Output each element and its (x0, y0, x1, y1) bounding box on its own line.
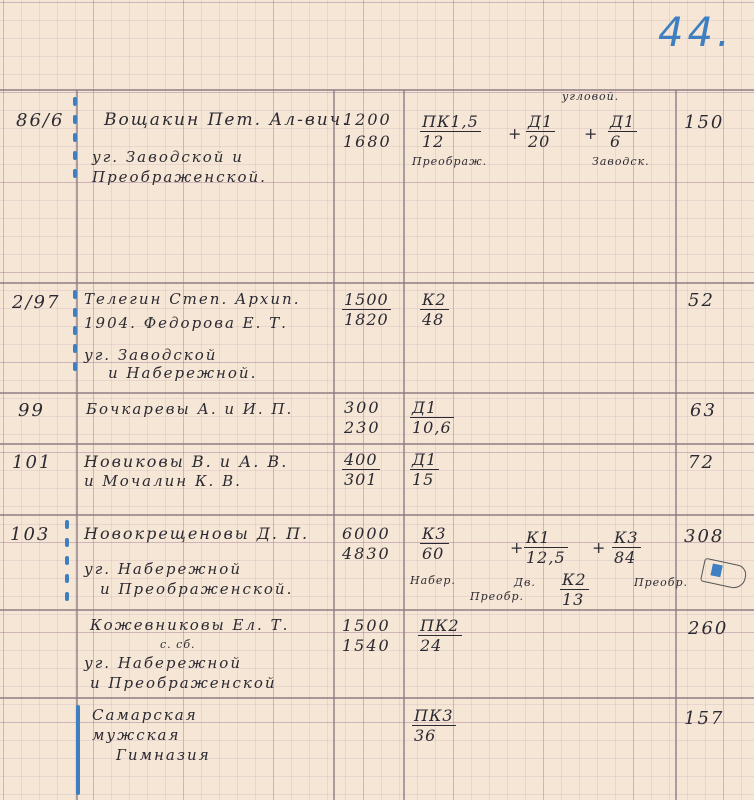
code-fraction: К1 12,5 (524, 528, 568, 567)
owner-line: Вощакин Пет. Ал-вич. (104, 110, 350, 130)
code-bottom: 24 (418, 636, 462, 655)
code-top: ПК2 (418, 616, 462, 636)
code-fraction: Д1 10,6 (410, 398, 454, 437)
code-note: Преображ. (412, 155, 487, 168)
code-top: К2 (420, 290, 449, 310)
code-bottom: 13 (560, 590, 589, 609)
code-fraction: К2 13 (560, 570, 589, 609)
code-bottom: 60 (420, 544, 449, 563)
plus-sign: + (584, 124, 597, 143)
owner-line: мужская (92, 726, 180, 744)
code-top: Д1 (526, 112, 555, 132)
row-divider (0, 609, 754, 611)
column-divider (675, 90, 677, 800)
code-bottom: 10,6 (410, 418, 454, 437)
value-top: 6000 (342, 524, 391, 543)
blue-dot-marker (73, 290, 79, 380)
value-bottom: 1540 (342, 636, 391, 655)
owner-note: с. сб. (160, 638, 196, 651)
entry-number: 2/97 (12, 292, 60, 313)
entry-number: 86/6 (16, 110, 64, 131)
header-rule (0, 89, 754, 91)
owner-line: Кожевниковы Ел. Т. (90, 616, 289, 634)
column-divider (76, 90, 78, 800)
blue-dot-marker (73, 97, 79, 187)
pen-nib-mark (700, 558, 748, 591)
row-divider (0, 282, 754, 284)
code-fraction: Д1 6 (608, 112, 637, 151)
row-total: 52 (688, 290, 715, 311)
code-note: Набер. (410, 574, 456, 587)
row-total: 72 (688, 452, 715, 473)
code-fraction: ПК1,5 12 (420, 112, 481, 151)
entry-number: 101 (12, 452, 52, 473)
row-total: 150 (684, 112, 724, 133)
code-fraction: К3 84 (612, 528, 641, 567)
code-top: Д1 (608, 112, 637, 132)
code-fraction: Д1 20 (526, 112, 555, 151)
owner-line: Новокрещеновы Д. П. (84, 524, 309, 543)
code-bottom: 48 (420, 310, 449, 329)
address-line: уг. Заводской и (92, 148, 244, 166)
value-top: 1500 (342, 616, 391, 635)
plus-sign: + (508, 124, 521, 143)
code-top: К3 (420, 524, 449, 544)
value-bottom: 301 (342, 470, 380, 489)
owner-line: Бочкаревы А. и И. П. (86, 400, 293, 418)
row-divider (0, 514, 754, 516)
code-top: Д1 (410, 398, 454, 418)
column-divider (333, 90, 335, 800)
code-bottom: 36 (412, 726, 456, 745)
page-number: 44. (658, 10, 734, 56)
code-bottom: 84 (612, 548, 641, 567)
code-fraction: ПК2 24 (418, 616, 462, 655)
code-bottom: 12,5 (524, 548, 568, 567)
owner-line: 1904. Федорова Е. Т. (84, 314, 288, 332)
code-fraction: К2 48 (420, 290, 449, 329)
address-line: уг. Заводской (84, 346, 217, 364)
code-bottom: 15 (410, 470, 439, 489)
value-fraction: 400 301 (342, 450, 380, 489)
value-bottom: 1680 (343, 132, 392, 151)
code-top: К2 (560, 570, 589, 590)
code-top: К3 (612, 528, 641, 548)
code-note: Преобр. (470, 590, 524, 603)
code-note: Заводск. (592, 155, 650, 168)
plus-sign: + (510, 538, 523, 557)
row-total: 260 (688, 618, 728, 639)
code-top: Д1 (410, 450, 439, 470)
code-top: ПК1,5 (420, 112, 481, 132)
row-total: 63 (690, 400, 717, 421)
address-line: и Преображенской. (100, 580, 293, 598)
value-top: 400 (342, 450, 380, 470)
row-divider (0, 443, 754, 445)
row-total: 157 (684, 708, 724, 729)
code-fraction: Д1 15 (410, 450, 439, 489)
code-bottom: 20 (526, 132, 555, 151)
value-top: 1200 (343, 110, 392, 129)
code-top: ПК3 (412, 706, 456, 726)
entry-number: 99 (18, 400, 45, 421)
value-top: 300 (344, 398, 381, 417)
owner-line: Самарская (92, 706, 198, 724)
row-total: 308 (684, 526, 724, 547)
code-bottom: 6 (608, 132, 637, 151)
row-divider (0, 697, 754, 699)
code-note: угловой. (562, 90, 619, 103)
owner-line: Новиковы В. и А. В. (84, 452, 288, 471)
code-note: Преобр. (634, 576, 688, 589)
address-line: и Набережной. (108, 364, 257, 382)
value-fraction: 1500 1820 (342, 290, 391, 329)
code-note: Дв. (514, 576, 536, 589)
owner-line: Телегин Степ. Архип. (84, 290, 300, 308)
address-line: уг. Набережной (84, 654, 242, 672)
column-divider (403, 90, 405, 800)
blue-dot-marker (65, 520, 71, 610)
code-top: К1 (524, 528, 568, 548)
owner-line: и Мочалин К. В. (84, 472, 242, 490)
code-bottom: 12 (420, 132, 481, 151)
address-line: Преображенской. (92, 168, 267, 186)
value-bottom: 4830 (342, 544, 391, 563)
address-line: уг. Набережной (84, 560, 242, 578)
code-fraction: ПК3 36 (412, 706, 456, 745)
value-bottom: 1820 (342, 310, 391, 329)
code-fraction: К3 60 (420, 524, 449, 563)
owner-line: Гимназия (116, 746, 211, 764)
entry-number: 103 (10, 524, 50, 545)
address-line: и Преображенской (90, 674, 277, 692)
row-divider (0, 392, 754, 394)
plus-sign: + (592, 538, 605, 557)
blue-margin-bar (76, 705, 80, 795)
value-bottom: 230 (344, 418, 381, 437)
value-top: 1500 (342, 290, 391, 310)
